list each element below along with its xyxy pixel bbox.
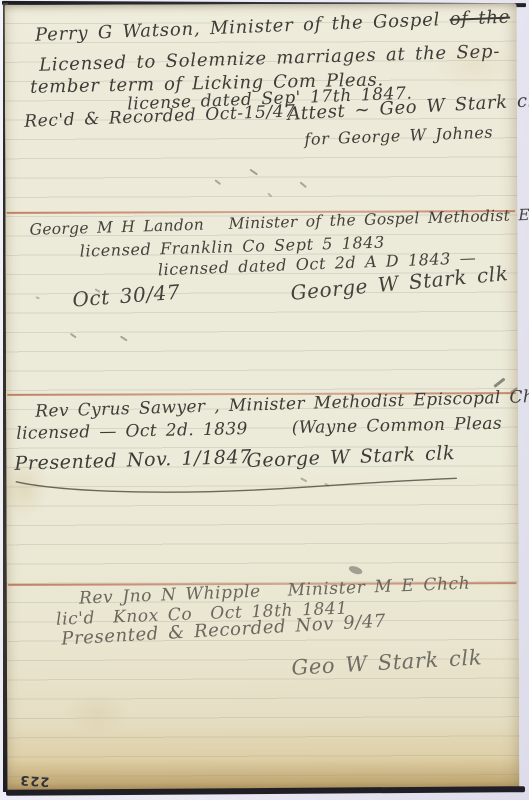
entry1-line-2: Licensed to Solemnize marriages at the S…: [39, 42, 501, 75]
entry1-line-1-text: Perry G Watson, Minister of the Gospel: [35, 9, 450, 46]
ink-speck: [493, 377, 505, 387]
ink-speck: [70, 333, 77, 339]
entry1-line-7: for George W Johnes: [304, 124, 493, 149]
entry2-line-4: Oct 30/47: [72, 281, 181, 311]
ink-speck: [214, 179, 221, 185]
ledger-photo: Perry G Watson, Minister of the Gospel o…: [0, 0, 529, 800]
entry1-line-1: Perry G Watson, Minister of the Gospel o…: [35, 8, 511, 46]
underline-flourish: [10, 468, 460, 498]
ink-speck: [120, 335, 128, 341]
ink-speck: [267, 193, 272, 198]
struck-text: of the: [449, 7, 510, 30]
ledger-page: Perry G Watson, Minister of the Gospel o…: [5, 3, 520, 791]
paper-stain: [65, 692, 129, 734]
entry4-line-4: Geo W Stark clk: [291, 646, 483, 680]
ink-speck: [300, 182, 307, 189]
ink-speck: [249, 169, 258, 176]
page-number: 223: [19, 772, 50, 789]
entry1-line-5: Rec'd & Recorded Oct-15/47: [24, 102, 296, 131]
ink-smudge: [348, 565, 364, 576]
ink-speck: [35, 296, 39, 299]
